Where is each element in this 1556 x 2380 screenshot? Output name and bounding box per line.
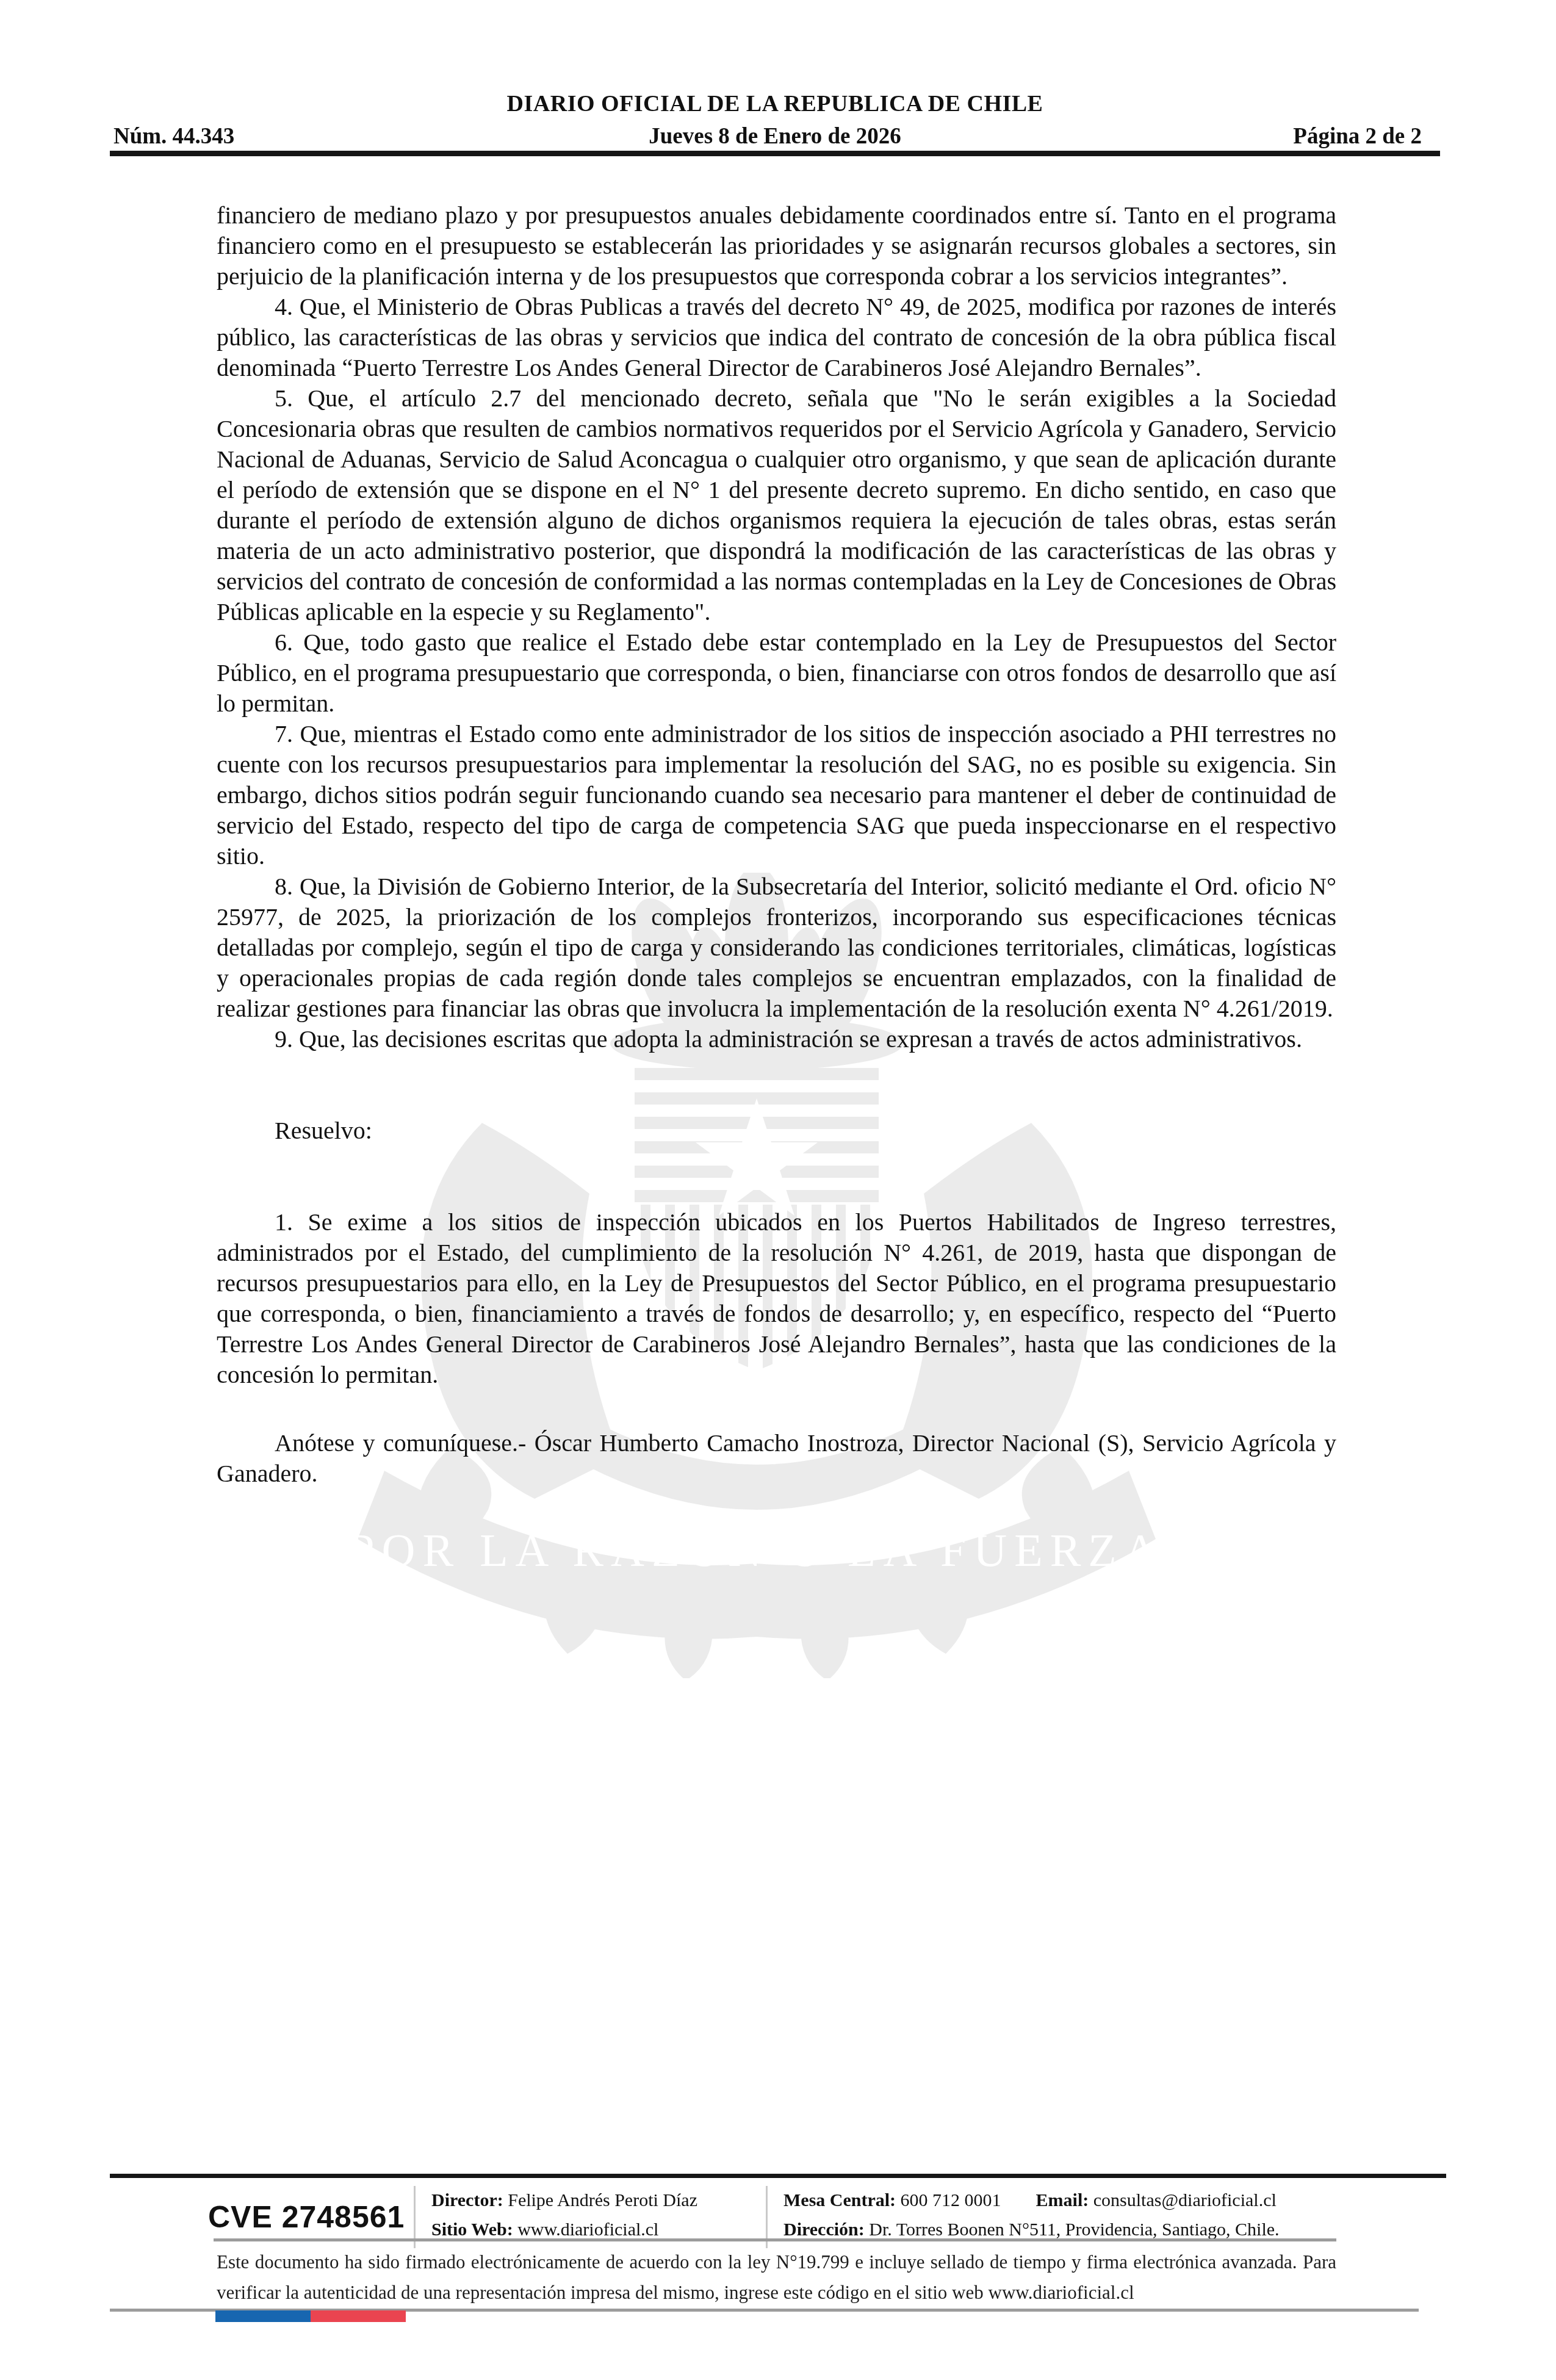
gazette-page: POR LA RAZÓN O LA FUERZA DIARIO OFICIAL … (0, 0, 1556, 2380)
email-label: Email: (1036, 2190, 1089, 2210)
masthead-title: DIARIO OFICIAL DE LA REPUBLICA DE CHILE (110, 92, 1440, 116)
legal-notice: Este documento ha sido firmado electróni… (217, 2247, 1336, 2308)
footer-divider-rule (214, 2238, 1336, 2241)
watermark-motto: POR LA RAZÓN O LA FUERZA (348, 1525, 1164, 1576)
director-line: Director: Felipe Andrés Peroti Díaz (431, 2186, 766, 2215)
edition-date: Jueves 8 de Enero de 2026 (110, 124, 1440, 150)
footer-top-rule (110, 2174, 1446, 2178)
masthead-rule (110, 151, 1440, 156)
resolution-1: 1. Se exime a los sitios de inspección u… (217, 1207, 1336, 1390)
flag-red-bar (311, 2310, 406, 2322)
closing-line: Anótese y comuníquese.- Óscar Humberto C… (217, 1428, 1336, 1489)
paragraph-5: 5. Que, el artículo 2.7 del mencionado d… (217, 383, 1336, 627)
document-body: financiero de mediano plazo y por presup… (217, 200, 1336, 1489)
email-value: consultas@diarioficial.cl (1093, 2190, 1277, 2210)
masthead-row: Núm. 44.343 Jueves 8 de Enero de 2026 Pá… (110, 124, 1440, 150)
paragraph-8: 8. Que, la División de Gobierno Interior… (217, 871, 1336, 1024)
phone-value: 600 712 0001 (901, 2190, 1001, 2210)
paragraph-4: 4. Que, el Ministerio de Obras Publicas … (217, 292, 1336, 383)
website-label: Sitio Web: (431, 2220, 513, 2240)
phone-label: Mesa Central: (783, 2190, 896, 2210)
page-indicator: Página 2 de 2 (1293, 124, 1422, 150)
paragraph-7: 7. Que, mientras el Estado como ente adm… (217, 719, 1336, 871)
director-label: Director: (431, 2190, 503, 2210)
resuelvo-heading: Resuelvo: (217, 1116, 1336, 1146)
website-value: www.diarioficial.cl (517, 2220, 658, 2240)
director-value: Felipe Andrés Peroti Díaz (508, 2190, 697, 2210)
paragraph-continuation: financiero de mediano plazo y por presup… (217, 200, 1336, 292)
phone-email-line: Mesa Central: 600 712 0001 Email: consul… (783, 2186, 1416, 2215)
issue-number: Núm. 44.343 (113, 124, 234, 150)
address-value: Dr. Torres Boonen N°511, Providencia, Sa… (869, 2220, 1279, 2240)
address-label: Dirección: (783, 2220, 865, 2240)
paragraph-9: 9. Que, las decisiones escritas que adop… (217, 1024, 1336, 1055)
paragraph-6: 6. Que, todo gasto que realice el Estado… (217, 627, 1336, 719)
flag-blue-bar (215, 2310, 311, 2322)
chile-flag-mark (215, 2310, 406, 2322)
